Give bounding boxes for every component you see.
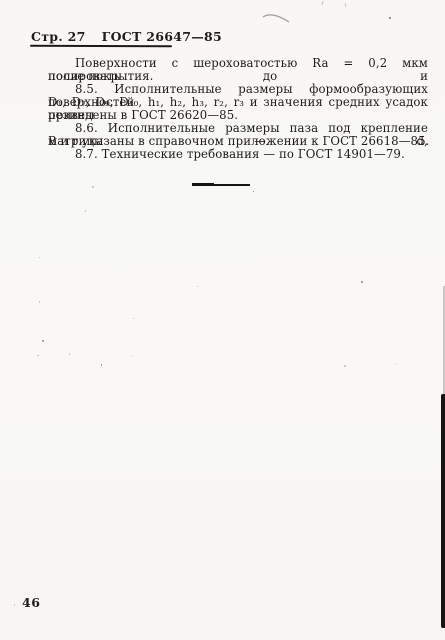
header-page-label: Стр. 27: [31, 29, 86, 44]
section-divider: [192, 184, 250, 186]
speck: [42, 340, 44, 342]
speck: [133, 318, 134, 319]
speck: [101, 364, 102, 366]
speck: [197, 286, 198, 287]
speck: [39, 257, 40, 258]
speck: [395, 363, 396, 364]
section-divider-accent: [192, 183, 214, 184]
folio-page-number: 46: [22, 595, 40, 610]
scan-tick-artifact: [322, 1, 324, 5]
speck: [361, 281, 363, 283]
speck: [92, 186, 94, 188]
speck: [131, 356, 132, 357]
scan-edge-shadow: [441, 394, 445, 628]
scan-edge-faint: [443, 286, 445, 394]
speck: [253, 191, 254, 192]
speck: [37, 355, 39, 356]
text-line: 8.7. Технические требования — по ГОСТ 14…: [48, 148, 428, 161]
body-text: Поверхности с шероховатостью Ra = 0,2 мк…: [48, 57, 428, 161]
page-header: Стр. 27ГОСТ 26647—85: [31, 29, 222, 44]
document-page: Стр. 27ГОСТ 26647—85 Поверхности с шерох…: [0, 0, 445, 640]
header-standard-number: ГОСТ 26647—85: [102, 29, 222, 44]
header-underline: [30, 45, 172, 48]
speck: [69, 353, 70, 355]
speck: [344, 365, 346, 367]
speck: [389, 17, 391, 19]
speck: [39, 301, 40, 303]
speck: [85, 210, 86, 212]
speck: [14, 604, 15, 606]
scan-tick-artifact: [345, 3, 347, 7]
pen-stroke-artifact: [262, 10, 292, 26]
